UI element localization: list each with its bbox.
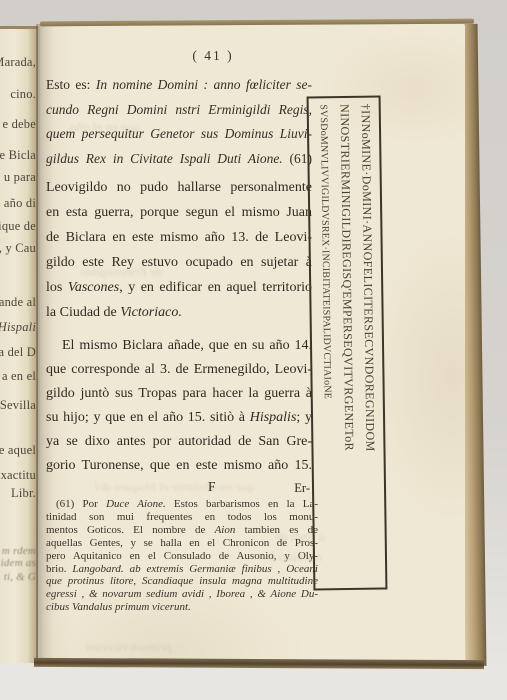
italic-segment: In nomine Domini : anno fœliciter se- xyxy=(96,77,312,92)
text-line: de Biclara en este mismo año 13. de Leov… xyxy=(46,225,312,250)
text-line: aquellas Gentes, y se halla en el Chroni… xyxy=(46,537,318,550)
roman-segment: gildo juntò sus Tropas para hacer la gue… xyxy=(46,386,312,401)
cut-off-line-fragment: à Sevilla xyxy=(0,398,36,413)
roman-segment: que corresponde al 3. de Ermenegildo, Le… xyxy=(46,362,312,377)
cut-off-line-fragment: Hispali xyxy=(0,320,36,335)
footnote: (61) Por Duce Aione. Estos barbarismos e… xyxy=(46,498,318,614)
ghost-line: primum vicerunt xyxy=(85,639,171,655)
roman-segment: Estos barbarismos en la La- xyxy=(166,498,318,510)
italic-segment: Langobard. ab extremis Germaniæ finibus … xyxy=(72,563,318,575)
previous-page-fragments: Marada,cino.e debede Biclau parao año di… xyxy=(0,0,39,700)
roman-segment: (61) Por xyxy=(56,498,106,510)
cut-off-line-fragment: a del D xyxy=(0,345,36,360)
roman-segment: de Biclara en este mismo año 13. de Leov… xyxy=(46,230,312,245)
cut-off-line-fragment: u para xyxy=(4,170,36,185)
italic-segment: cundo Regni Domini nstri Erminigildi Reg… xyxy=(46,102,312,117)
italic-segment: gildus Rex in Civitate Ispali Duti Aione… xyxy=(46,151,290,166)
italic-segment: cibus Vandalus primum vicerunt. xyxy=(46,601,191,613)
roman-segment: en esta guerra, porque segun el mismo Ju… xyxy=(46,205,312,220)
text-line: la Ciudad de Victoriaco. xyxy=(46,300,312,325)
cut-off-line-fragment: , y Cau xyxy=(0,241,36,256)
cut-off-line-fragment: Libr. xyxy=(11,486,36,501)
text-line: brio. Langobard. ab extremis Germaniæ fi… xyxy=(46,563,318,576)
signature-mark: F xyxy=(208,479,216,495)
text-line: los Vascones, y en edificar en aquel ter… xyxy=(46,275,312,300)
italic-segment: Vascones xyxy=(68,280,119,295)
roman-segment: tinidad son mui frequentes en todos los … xyxy=(46,511,318,523)
cut-off-line-fragment: de aquel xyxy=(0,443,36,458)
cut-off-line-fragment: a en el xyxy=(2,369,36,384)
inscription-box: †INNoMINE·DoMINI·ANNOFELICITERSECVNDOREG… xyxy=(307,96,388,591)
text-line: gorio Turonense, que en este mismo año 1… xyxy=(46,454,312,478)
text-line: Esto es: In nomine Domini : anno fœlicit… xyxy=(46,73,312,98)
italic-segment: Aion xyxy=(215,524,236,536)
roman-segment: pero Aquitanico en el Consulado de Auson… xyxy=(46,550,318,562)
text-line: egressi , & novarum sedium avidi , Ibore… xyxy=(46,588,318,601)
roman-segment: El mismo Biclara añade, que en su año 14… xyxy=(62,338,312,353)
roman-segment: mentos Goticos. El nombre de xyxy=(46,524,215,536)
cut-off-line-fragment: m rdem xyxy=(2,545,36,557)
roman-segment: Leovigildo no pudo hallarse personalment… xyxy=(46,180,312,195)
text-line: pero Aquitanico en el Consulado de Auson… xyxy=(46,550,318,563)
cut-off-line-fragment: e debe xyxy=(3,117,36,132)
cut-off-line-fragment: ande al xyxy=(0,295,36,310)
roman-segment: la Ciudad de xyxy=(46,305,120,320)
roman-segment: gorio Turonense, que en este mismo año 1… xyxy=(46,458,312,473)
text-line: gildo este Rey estuvo ocupado en sujetar… xyxy=(46,250,312,275)
cut-off-line-fragment: idem as xyxy=(1,557,36,569)
text-line: que protinus litore, Scandiaque insula m… xyxy=(46,575,318,588)
book-bottom-edge xyxy=(34,658,484,669)
text-line: cibus Vandalus primum vicerunt. xyxy=(46,601,318,614)
italic-segment: Hispalis xyxy=(250,410,297,425)
text-line: gildo juntò sus Tropas para hacer la gue… xyxy=(46,382,312,406)
paragraph-incipit: Esto es: In nomine Domini : anno fœlicit… xyxy=(46,73,312,171)
italic-segment: quem persequitur Genetor sus Dominus Liu… xyxy=(46,126,312,141)
italic-segment: que protinus litore, Scandiaque insula m… xyxy=(46,575,318,587)
cut-off-line-fragment: o año di xyxy=(0,196,36,211)
roman-segment: aquellas Gentes, y se halla en el Chroni… xyxy=(46,537,318,549)
text-line: mentos Goticos. El nombre de Aion tambie… xyxy=(46,524,318,537)
text-line: ya se dixo antes por autoridad de San Gr… xyxy=(46,430,312,454)
page-number: ( 41 ) xyxy=(40,48,386,64)
roman-segment: gildo este Rey estuvo ocupado en sujetar… xyxy=(46,255,312,270)
text-line: gildus Rex in Civitate Ispali Duti Aione… xyxy=(46,147,312,172)
cut-off-line-fragment: ti, & G xyxy=(4,571,36,583)
main-page: ( 41 ) Esto es: In nomine Domini : anno … xyxy=(40,24,465,666)
italic-segment: egressi , & novarum sedium avidi , Ibore… xyxy=(46,588,318,600)
text-line: en esta guerra, porque segun el mismo Ju… xyxy=(46,200,312,225)
paragraph-body-1: Leovigildo no pudo hallarse personalment… xyxy=(46,175,312,325)
signature-row: F Er- xyxy=(46,479,312,494)
roman-segment: su hijo; y que en el año 15. sitiò à xyxy=(46,410,250,425)
roman-segment: tambien es de xyxy=(235,524,318,536)
cut-off-line-fragment: exactitu xyxy=(0,468,36,483)
italic-segment: Victoriaco. xyxy=(120,305,182,320)
text-line: quem persequitur Genetor sus Dominus Liu… xyxy=(46,122,312,147)
roman-segment: ya se dixo antes por autoridad de San Gr… xyxy=(46,434,312,449)
text-line: que corresponde al 3. de Ermenegildo, Le… xyxy=(46,358,312,382)
text-column: Esto es: In nomine Domini : anno fœlicit… xyxy=(46,73,312,614)
text-line: (61) Por Duce Aione. Estos barbarismos e… xyxy=(46,498,318,511)
text-line: tinidad son mui frequentes en todos los … xyxy=(46,511,318,524)
cut-off-line-fragment: de Bicla xyxy=(0,148,36,163)
cut-off-line-fragment: cino. xyxy=(10,87,36,102)
cut-off-line-fragment: dique de xyxy=(0,219,36,234)
text-line: cundo Regni Domini nstri Erminigildi Reg… xyxy=(46,98,312,123)
paragraph-body-2: El mismo Biclara añade, que en su año 14… xyxy=(46,334,312,478)
text-line: Leovigildo no pudo hallarse personalment… xyxy=(46,175,312,200)
text-line: su hijo; y que en el año 15. sitiò à His… xyxy=(46,406,312,430)
roman-segment: , y en edificar en aquel territorio xyxy=(119,280,312,295)
roman-segment: ; y xyxy=(296,410,312,425)
cut-off-line-fragment: Marada, xyxy=(0,55,36,70)
book-photo: Marada,cino.e debede Biclau parao año di… xyxy=(0,0,507,700)
italic-segment: Duce Aione. xyxy=(106,498,166,510)
catchword: Er- xyxy=(294,481,310,496)
text-line: El mismo Biclara añade, que en su año 14… xyxy=(46,334,312,358)
